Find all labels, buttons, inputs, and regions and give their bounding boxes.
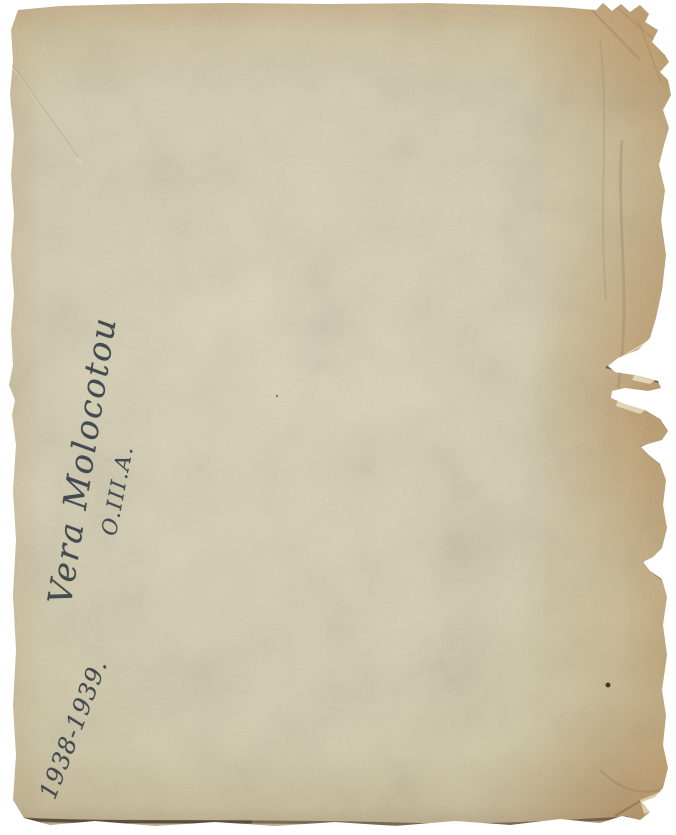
- ink-speck: [606, 683, 611, 688]
- tear-highlight-notch: [613, 393, 645, 401]
- torn-fibre-patch-1: [632, 372, 658, 384]
- tear-shadow-bottom-right: [615, 801, 640, 816]
- fold-crease-highlight: [5, 57, 81, 163]
- tear-highlight-upper: [614, 340, 650, 373]
- tear-shadow-lower: [643, 561, 661, 579]
- bottom-edge-shadow-dark: [24, 820, 252, 822]
- scan-background: Vera Molocotou O.III.A. 1938-1939.: [0, 0, 676, 835]
- tear-shadow-mid: [641, 446, 662, 466]
- torn-fibre-patch-2: [616, 400, 648, 414]
- crumple-crease-top-right-2: [615, 6, 655, 40]
- vertical-crease-right-2: [600, 40, 606, 300]
- vertical-crease-right: [618, 140, 624, 388]
- torn-fibre-patch-3: [640, 792, 660, 814]
- paper-sheet: Vera Molocotou O.III.A. 1938-1939.: [0, 0, 676, 835]
- crumple-crease-bottom-right: [600, 770, 660, 792]
- crumple-crease-top-right-3: [638, 20, 661, 82]
- fibre-speck: [276, 395, 278, 397]
- crumple-crease-top-right-1: [590, 8, 640, 60]
